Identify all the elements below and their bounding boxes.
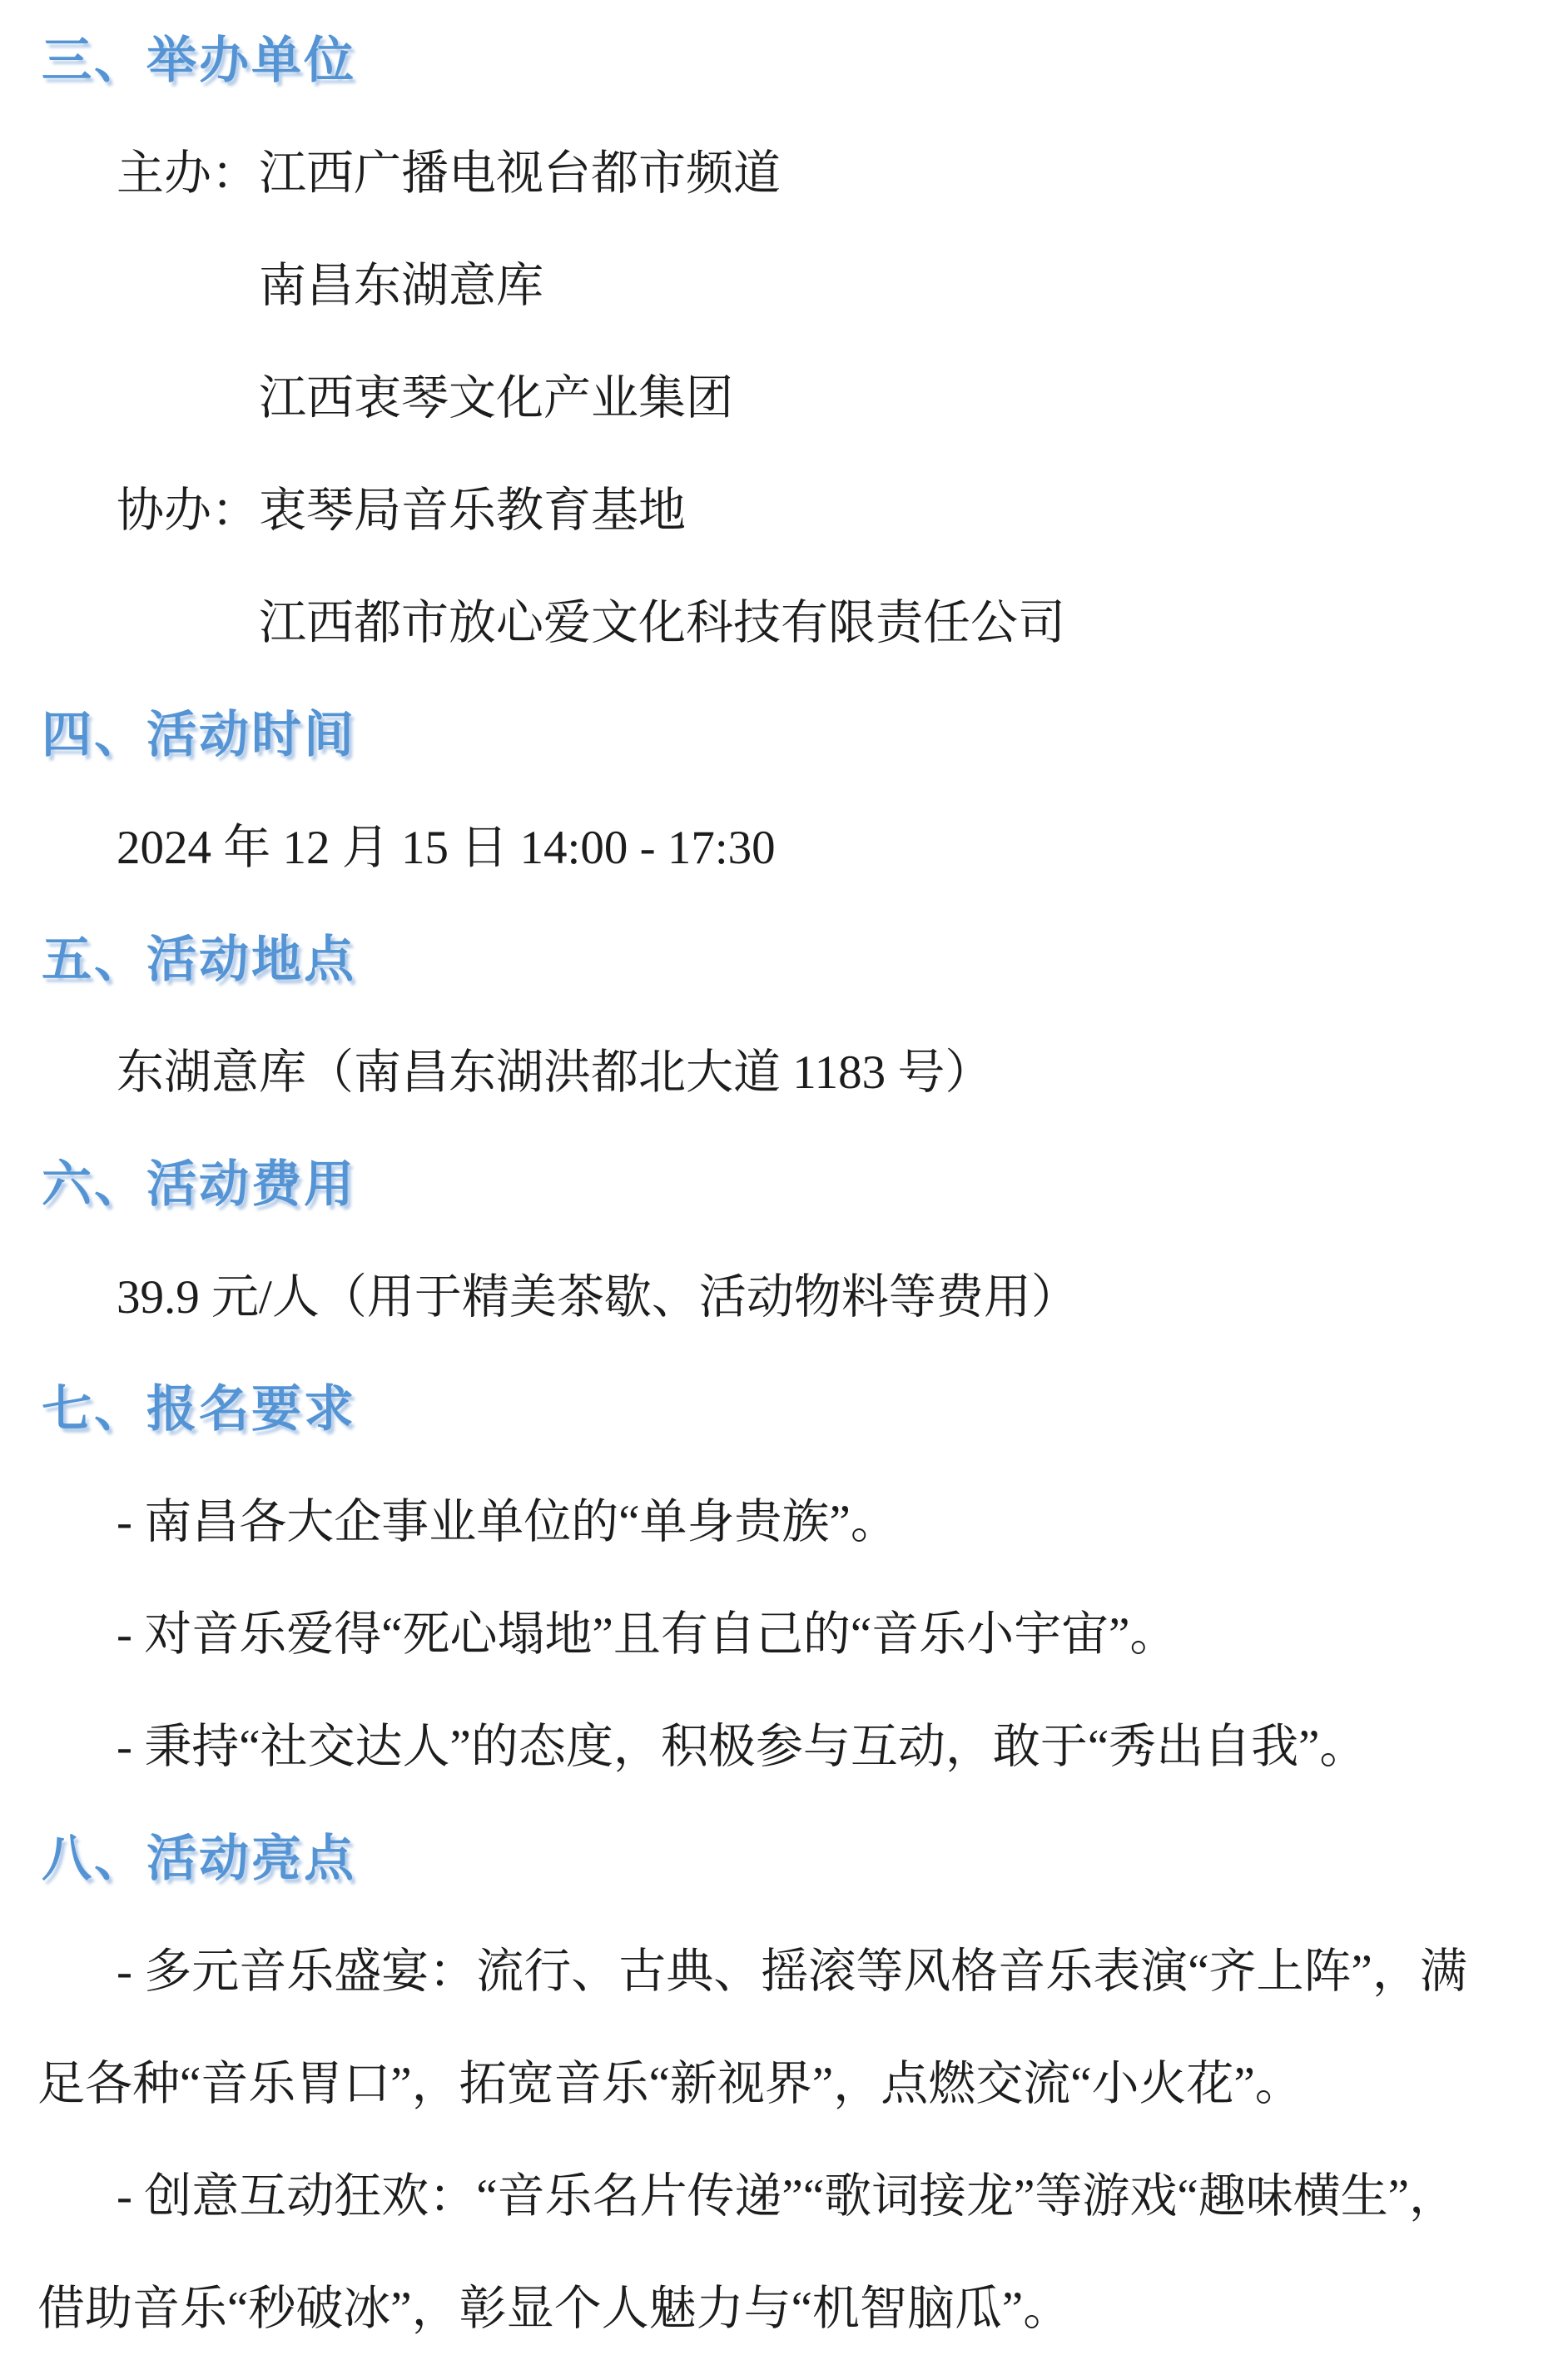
section-heading-location: 五、活动地点 <box>42 904 1568 1016</box>
organizer-host-org-2: 南昌东湖意库 <box>259 230 1568 342</box>
highlight-item-1-line-2: 足各种“音乐胃口”，拓宽音乐“新视界”，点燃交流“小火花”。 <box>37 2028 1568 2140</box>
highlight-item-1-line-1: - 多元音乐盛宴：流行、古典、摇滚等风格音乐表演“齐上阵”，满 <box>117 1915 1568 2028</box>
requirement-item-3: - 秉持“社交达人”的态度，积极参与互动，敢于“秀出自我”。 <box>117 1691 1568 1803</box>
requirement-item-1: - 南昌各大企事业单位的“单身贵族”。 <box>117 1466 1568 1578</box>
section-heading-time: 四、活动时间 <box>42 679 1568 792</box>
organizer-cohost-line: 协办：衷琴局音乐教育基地 <box>117 455 1568 567</box>
highlight-item-2-line-1: - 创意互动狂欢：“音乐名片传递”“歌词接龙”等游戏“趣味横生”， <box>117 2140 1568 2253</box>
section-heading-highlights: 八、活动亮点 <box>42 1803 1568 1915</box>
section-heading-organizers: 三、举办单位 <box>42 5 1568 117</box>
event-announcement-document: 三、举办单位 主办：江西广播电视台都市频道 南昌东湖意库 江西衷琴文化产业集团 … <box>0 0 1568 2365</box>
organizer-host-line: 主办：江西广播电视台都市频道 <box>117 117 1568 230</box>
event-location-value: 东湖意库（南昌东湖洪都北大道 1183 号） <box>117 1016 1568 1129</box>
organizer-host-org-3: 江西衷琴文化产业集团 <box>259 342 1568 455</box>
section-heading-requirements: 七、报名要求 <box>42 1354 1568 1466</box>
section-heading-fee: 六、活动费用 <box>42 1129 1568 1241</box>
highlight-item-2-line-2: 借助音乐“秒破冰”，彰显个人魅力与“机智脑瓜”。 <box>37 2253 1568 2365</box>
event-fee-value: 39.9 元/人（用于精美茶歇、活动物料等费用） <box>117 1241 1568 1354</box>
organizer-cohost-org-2: 江西都市放心爱文化科技有限责任公司 <box>259 567 1568 679</box>
event-time-value: 2024 年 12 月 15 日 14:00 - 17:30 <box>117 792 1568 904</box>
requirement-item-2: - 对音乐爱得“死心塌地”且有自己的“音乐小宇宙”。 <box>117 1578 1568 1691</box>
